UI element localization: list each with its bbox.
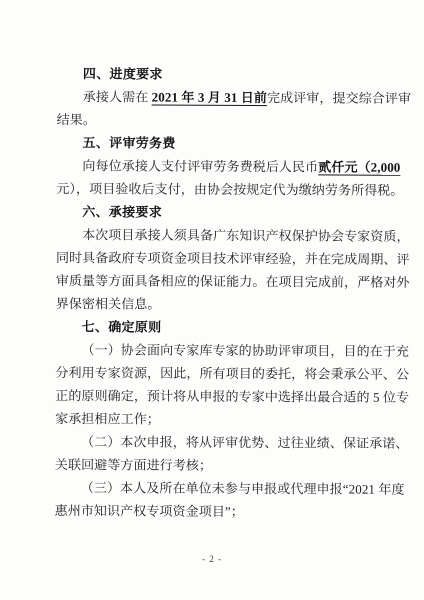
page-number: - 2 - (0, 554, 424, 564)
body-text: 惠州市知识产权专项资金项目”； (55, 503, 244, 519)
text-line: 审质量等方面具备相应的保证能力。在项目完成前，严格对外 (56, 269, 368, 294)
emphasized-text: 贰仟元（2,000 (318, 159, 400, 174)
body-text: 家承担相应工作； (55, 411, 160, 427)
text-line: 界保密相关信息。 (56, 292, 368, 317)
section-heading: 五、评审劳务费 (57, 131, 369, 156)
emphasized-text: 2021 年 3 月 31 日前 (152, 89, 267, 105)
text-line: 正的原则确定，预计将从申报的专家中选择出最合适的 5 位专 (55, 384, 367, 409)
body-text: 分利用专家资源，因此，所有项目的委托，将会秉承公平、公 (55, 365, 409, 382)
text-line: 结果。 (57, 108, 369, 133)
section-heading: 四、进度要求 (57, 62, 369, 87)
body-text: 结果。 (57, 112, 96, 127)
document-content: 四、进度要求承接人需在 2021 年 3 月 31 日前完成评审，提交综合评审结… (55, 62, 369, 524)
text-line: （三）本人及所在单位未参与申报或代理申报“2021 年度 (55, 476, 367, 501)
body-text: 承接人需在 (83, 89, 152, 104)
body-text: 本次项目承接人须具备广东知识产权保护协会专家资质， (82, 227, 410, 244)
document-page: 四、进度要求承接人需在 2021 年 3 月 31 日前完成评审，提交综合评审结… (0, 0, 424, 600)
section-heading: 六、承接要求 (56, 200, 368, 225)
body-text: 元），项目验收后支付，由协会按规定代为缴纳劳务所得税。 (56, 181, 403, 198)
body-text: 关联回避等方面进行考核； (55, 457, 212, 473)
body-text: （一）协会面向专家库专家的协助评审项目，目的在于充 (81, 342, 409, 359)
text-line: （一）协会面向专家库专家的协助评审项目，目的在于充 (55, 338, 367, 363)
body-text: （二）本次申报，将从评审优势、过往业绩、保证承诺、 (81, 434, 409, 451)
text-line: 元），项目验收后支付，由协会按规定代为缴纳劳务所得税。 (56, 177, 368, 202)
text-line: 家承担相应工作； (55, 407, 367, 432)
text-line: 惠州市知识产权专项资金项目”； (55, 499, 367, 524)
body-text: 向每位承接人支付评审劳务费税后人民币 (82, 158, 318, 174)
text-line: 同时具备政府专项资金项目技术评审经验，并在完成周期、评 (56, 246, 368, 271)
text-line: （二）本次申报，将从评审优势、过往业绩、保证承诺、 (55, 430, 367, 455)
text-line: 向每位承接人支付评审劳务费税后人民币贰仟元（2,000 (56, 154, 368, 179)
body-text: 审质量等方面具备相应的保证能力。在项目完成前，严格对外 (56, 273, 410, 290)
text-line: 关联回避等方面进行考核； (55, 453, 367, 478)
body-text: 正的原则确定，预计将从申报的专家中选择出最合适的 5 位专 (55, 388, 409, 405)
body-text: （三）本人及所在单位未参与申报或代理申报“2021 年度 (81, 480, 405, 497)
text-line: 本次项目承接人须具备广东知识产权保护协会专家资质， (56, 223, 368, 248)
section-heading: 七、确定原则 (56, 315, 368, 340)
body-text: 同时具备政府专项资金项目技术评审经验，并在完成周期、评 (56, 250, 410, 267)
text-line: 承接人需在 2021 年 3 月 31 日前完成评审，提交综合评审 (57, 85, 369, 110)
text-line: 分利用专家资源，因此，所有项目的委托，将会秉承公平、公 (55, 361, 367, 386)
body-text: 完成评审，提交综合评审 (267, 90, 411, 106)
body-text: 界保密相关信息。 (56, 296, 161, 312)
